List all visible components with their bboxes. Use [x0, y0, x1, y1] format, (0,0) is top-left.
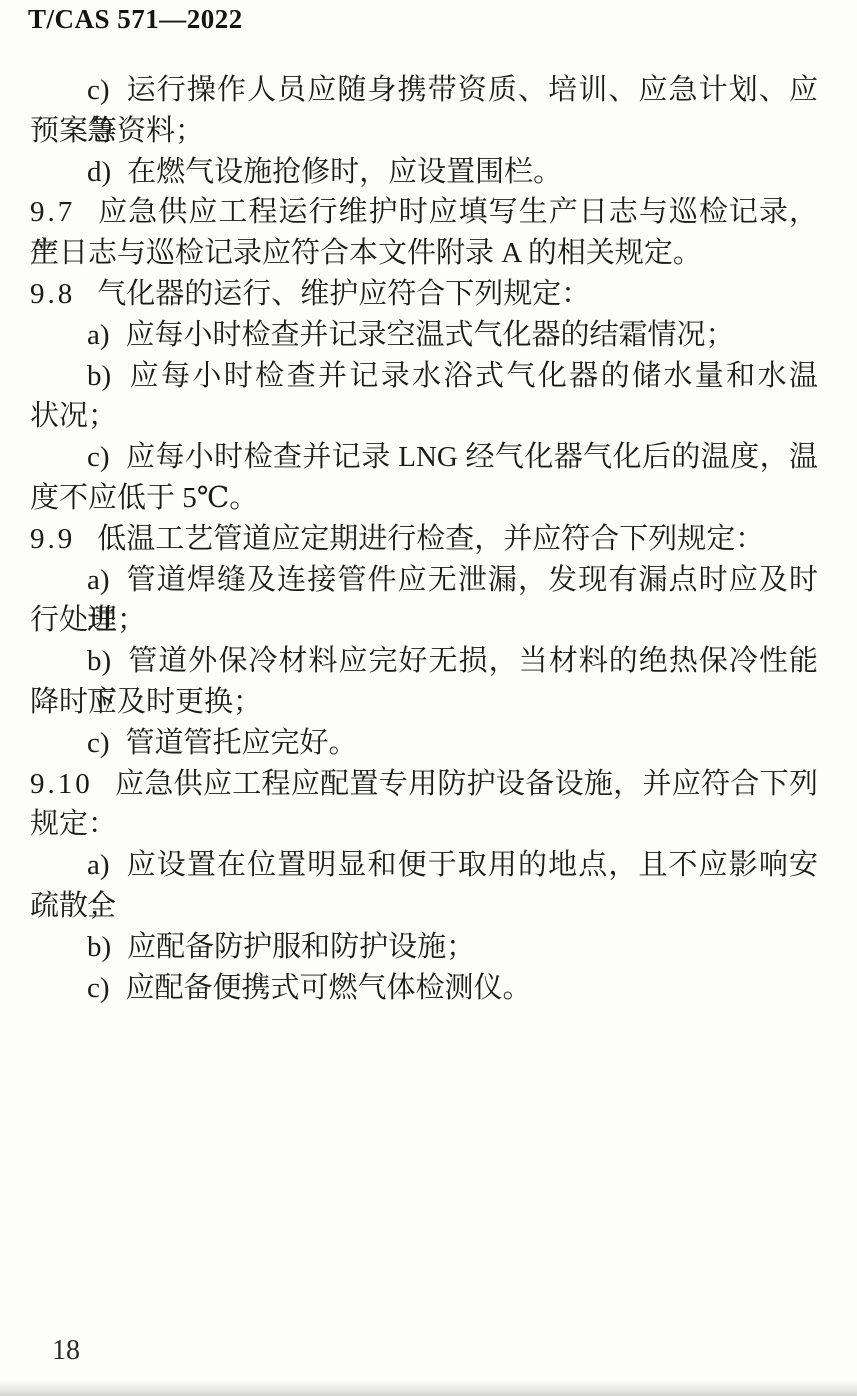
- clause-label: b): [87, 645, 111, 677]
- text-line: 产日志与巡检记录应符合本文件附录 A 的相关规定。: [30, 233, 818, 274]
- clause-label: c): [87, 727, 110, 759]
- line-text: 度不应低于 5℃。: [30, 482, 258, 514]
- document-page: T/CAS 571—2022 c)运行操作人员应随身携带资质、培训、应急计划、应…: [0, 0, 857, 1396]
- text-line: b)管道外保冷材料应完好无损，当材料的绝热保冷性能下: [30, 641, 818, 682]
- text-line: 预案等资料；: [30, 111, 818, 152]
- clause-label: a): [87, 319, 110, 351]
- line-text: 管道管托应完好。: [126, 727, 358, 759]
- line-text: 应配备便携式可燃气体检测仪。: [126, 972, 532, 1004]
- text-line: a)应每小时检查并记录空温式气化器的结霜情况；: [30, 315, 818, 356]
- page-number: 18: [52, 1332, 80, 1370]
- clause-label: a): [87, 849, 110, 881]
- clause-label: c): [87, 972, 110, 1004]
- text-line: d)在燃气设施抢修时，应设置围栏。: [30, 152, 818, 193]
- clause-label: c): [87, 441, 110, 473]
- standard-number-header: T/CAS 571—2022: [28, 0, 243, 40]
- text-line: c)应每小时检查并记录 LNG 经气化器气化后的温度，温: [30, 437, 818, 478]
- text-line: b)应每小时检查并记录水浴式气化器的储水量和水温: [30, 356, 818, 397]
- text-line: 疏散；: [30, 886, 818, 927]
- section-number: 9.10: [30, 768, 93, 800]
- section-number: 9.8: [30, 278, 75, 310]
- text-line: c)运行操作人员应随身携带资质、培训、应急计划、应急: [30, 70, 818, 111]
- line-text: 应每小时检查并记录空温式气化器的结霜情况；: [126, 319, 735, 351]
- line-text: 应急供应工程应配置专用防护设备设施，并应符合下列: [115, 768, 818, 800]
- text-line: c)管道管托应完好。: [30, 723, 818, 764]
- line-text: 降时应及时更换；: [30, 686, 262, 718]
- clause-label: b): [87, 931, 111, 963]
- text-line: 降时应及时更换；: [30, 682, 818, 723]
- line-text: 规定：: [30, 808, 117, 840]
- text-line: 规定：: [30, 804, 818, 845]
- text-line: 度不应低于 5℃。: [30, 478, 818, 519]
- line-text: 行处理；: [30, 604, 146, 636]
- line-text: 应每小时检查并记录水浴式气化器的储水量和水温: [127, 360, 818, 392]
- line-text: 气化器的运行、维护应符合下列规定：: [97, 278, 590, 310]
- clause-label: a): [87, 564, 110, 596]
- text-line: 行处理；: [30, 600, 818, 641]
- section-number: 9.9: [30, 523, 75, 555]
- text-line: 9.7应急供应工程运行维护时应填写生产日志与巡检记录，生: [30, 192, 818, 233]
- text-line: 9.9低温工艺管道应定期进行检查，并应符合下列规定：: [30, 519, 818, 560]
- scan-edge-shadow: [0, 1380, 857, 1396]
- line-text: 产日志与巡检记录应符合本文件附录 A 的相关规定。: [30, 237, 702, 269]
- line-text: 状况；: [30, 400, 117, 432]
- section-number: 9.7: [30, 196, 75, 228]
- clause-label: c): [87, 74, 110, 106]
- text-line: b)应配备防护服和防护设施；: [30, 927, 818, 968]
- line-text: 预案等资料；: [30, 115, 204, 147]
- line-text: 应配备防护服和防护设施；: [127, 931, 475, 963]
- line-text: 疏散；: [30, 890, 117, 922]
- text-line: c)应配备便携式可燃气体检测仪。: [30, 968, 818, 1009]
- text-line: 状况；: [30, 396, 818, 437]
- text-line: 9.10应急供应工程应配置专用防护设备设施，并应符合下列: [30, 764, 818, 805]
- line-text: 在燃气设施抢修时，应设置围栏。: [127, 156, 562, 188]
- text-line: a)应设置在位置明显和便于取用的地点，且不应影响安全: [30, 845, 818, 886]
- body-text: c)运行操作人员应随身携带资质、培训、应急计划、应急 预案等资料； d)在燃气设…: [30, 70, 818, 1008]
- clause-label: b): [87, 360, 111, 392]
- line-text: 低温工艺管道应定期进行检查，并应符合下列规定：: [97, 523, 764, 555]
- clause-label: d): [87, 156, 111, 188]
- text-line: 9.8气化器的运行、维护应符合下列规定：: [30, 274, 818, 315]
- line-text: 应每小时检查并记录 LNG 经气化器气化后的温度，温: [126, 441, 818, 473]
- text-line: a)管道焊缝及连接管件应无泄漏，发现有漏点时应及时进: [30, 560, 818, 601]
